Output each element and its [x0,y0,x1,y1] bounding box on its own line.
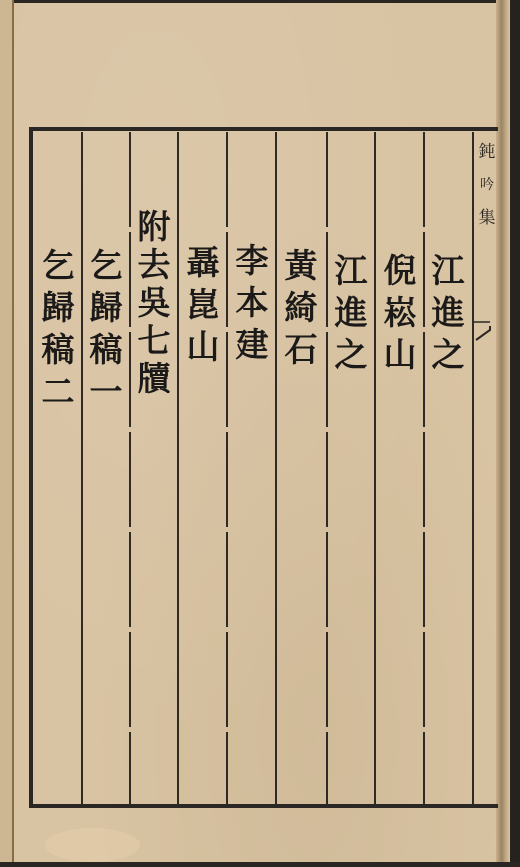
page-bottom-edge [0,862,520,867]
column-rule [326,132,328,804]
banxin-char: 集 [479,202,496,235]
column-rule [129,132,131,804]
column-rule [472,132,474,804]
paper-stain [45,828,140,862]
toc-entry: 聶 崑 山 [181,242,225,368]
banxin-title: 鈍 吟 集 [478,136,496,235]
toc-entry: 李 本 建 [230,240,274,366]
book-spine-edge [496,0,510,867]
book-page: 鈍 吟 集 江 進 之 倪 崧 山 江 進 之 黃 綺 石 李 本 建 聶 崑 … [0,0,520,867]
toc-entry: 黃 綺 石 [279,245,323,371]
banxin-char: 吟 [480,169,494,202]
printed-frame-border [29,127,498,808]
toc-entry: 江 進 之 [329,250,373,376]
column-rule [275,132,277,804]
toc-entry: 乞 歸 稿 一 [84,245,128,413]
column-rule [226,132,228,804]
toc-entry: 附 去 吳 七 牘 [132,208,176,398]
column-rule [177,132,179,804]
toc-entry: 乞 歸 稿 二 [36,245,80,413]
page-top-edge [0,0,520,3]
toc-entry: 倪 崧 山 [378,250,422,376]
column-rule [374,132,376,804]
banxin-char: 鈍 [479,136,496,169]
scan-background-right [510,0,520,867]
fishtail-marker-icon [472,318,494,342]
column-rule [423,132,425,804]
column-rule [81,132,83,804]
left-page-fold [0,0,14,867]
toc-entry: 江 進 之 [426,250,470,376]
